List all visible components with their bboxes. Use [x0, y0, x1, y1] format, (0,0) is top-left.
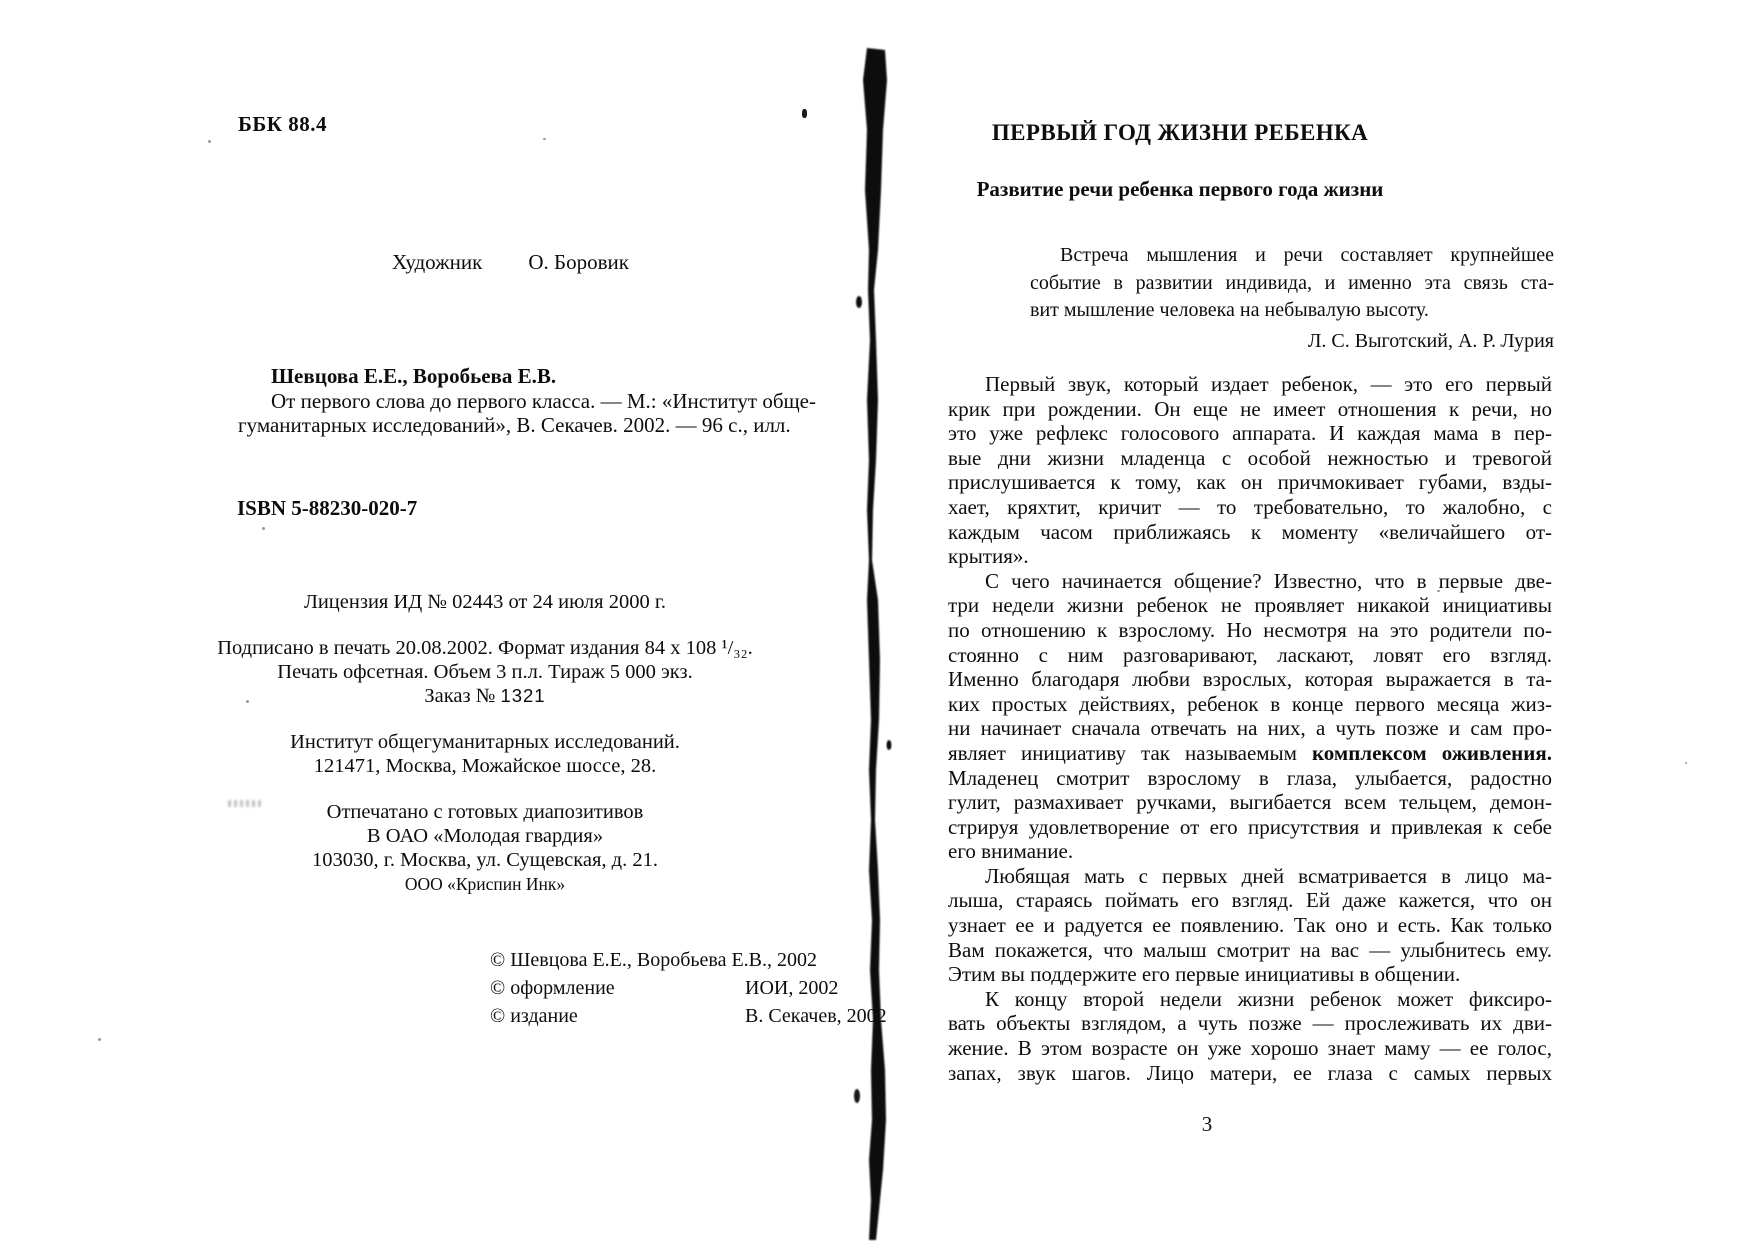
- text-line: Встреча мышления и речи составляет крупн…: [1030, 242, 1554, 270]
- order-line: Заказ № 1321: [190, 684, 780, 708]
- text-line: хает, кряхтит, кричит — то требовательно…: [948, 495, 1552, 520]
- text-line: ни начинает сначала отвечать на них, а ч…: [948, 716, 1552, 741]
- biblio-line: гуманитарных исследований», В. Секачев. …: [238, 413, 813, 438]
- text-line: прислушивается к тому, как он причмокива…: [948, 470, 1552, 495]
- pencil-mark: [228, 800, 262, 807]
- text-line: запах, звук шагов. Лицо матери, ее глаза…: [948, 1061, 1552, 1086]
- print-info-line: Подписано в печать 20.08.2002. Формат из…: [190, 636, 780, 660]
- copyright-value: ИОИ, 2002: [745, 977, 838, 999]
- scan-dot: [262, 527, 265, 530]
- authors-line: Шевцова Е.Е., Воробьева Е.В.: [238, 364, 813, 389]
- scan-dot: [208, 140, 211, 143]
- body-text: Первый звук, который издает ребенок, — э…: [948, 372, 1552, 1085]
- scan-dot: [543, 138, 546, 140]
- text-line: стрируя удовлетворение от его присутстви…: [948, 815, 1552, 840]
- paragraph: Первый звук, который издает ребенок, — э…: [948, 372, 1552, 569]
- order-label: Заказ №: [424, 685, 495, 707]
- paragraph: К концу второй недели жизни ребенок може…: [948, 987, 1552, 1085]
- text-line: крытия».: [948, 544, 1552, 569]
- text-line: гулит, размахивает ручками, выгибается в…: [948, 790, 1552, 815]
- scan-dot: [98, 1038, 101, 1041]
- publisher-address: 121471, Москва, Можайское шоссе, 28.: [190, 754, 780, 778]
- text-line: Именно благодаря любви взрослых, которая…: [948, 667, 1552, 692]
- text-line: узнает ее и радуется ее появлению. Так о…: [948, 913, 1552, 938]
- artist-line: ХудожникО. Боровик: [392, 250, 629, 275]
- artist-name: О. Боровик: [528, 250, 629, 274]
- biblio-line: От первого слова до первого класса. — М.…: [238, 389, 813, 414]
- text-line: К концу второй недели жизни ребенок може…: [948, 987, 1552, 1012]
- copyright-label: © издание: [490, 1002, 745, 1030]
- bbk-code: ББК 88.4: [238, 112, 327, 137]
- text-line: Этим вы поддержите его первые инициативы…: [948, 962, 1552, 987]
- scan-speck: [802, 109, 807, 118]
- text-line: Первый звук, который издает ребенок, — э…: [948, 372, 1552, 397]
- text-line: Младенец смотрит взрослому в глаза, улыб…: [948, 766, 1552, 791]
- epigraph-text: Встреча мышления и речи составляет крупн…: [1030, 242, 1554, 325]
- copyright-label: © оформление: [490, 974, 745, 1002]
- paragraph: Любящая мать с первых дней всматривается…: [948, 864, 1552, 987]
- text-line: событие в развитии индивида, и именно эт…: [1030, 270, 1554, 298]
- text-line: крик при рождении. Он еще не имеет отнош…: [948, 397, 1552, 422]
- copyright-block: © Шевцова Е.Е., Воробьева Е.В., 2002 © о…: [490, 946, 887, 1030]
- text-line: три недели жизни ребенок не проявляет ни…: [948, 593, 1552, 618]
- print-info-line: Печать офсетная. Объем 3 п.л. Тираж 5 00…: [190, 660, 780, 684]
- text-line: вые дни жизни младенца с особой нежность…: [948, 446, 1552, 471]
- spacer: [190, 614, 780, 636]
- chapter-subtitle: Развитие речи ребенка первого года жизни: [818, 177, 1542, 202]
- text-line: по отношению к взрослому. Но несмотря на…: [948, 618, 1552, 643]
- binding-shadow: [845, 40, 905, 1241]
- chapter-header: ПЕРВЫЙ ГОД ЖИЗНИ РЕБЕНКА Развитие речи р…: [818, 120, 1542, 202]
- publisher-line: Институт общегуманитарных исследований.: [190, 730, 780, 754]
- book-scan-spread: { "left_page": { "bbk": "ББК 88.4", "art…: [0, 0, 1754, 1241]
- copyright-line: © оформлениеИОИ, 2002: [490, 974, 887, 1002]
- scan-dot: [1685, 762, 1687, 764]
- license-line: Лицензия ИД № 02443 от 24 июля 2000 г.: [190, 590, 780, 614]
- text-line: ких простых действиях, ребенок в конце п…: [948, 692, 1552, 717]
- epigraph: Встреча мышления и речи составляет крупн…: [1030, 242, 1554, 355]
- printed-at-address: 103030, г. Москва, ул. Сущевская, д. 21.: [190, 848, 780, 872]
- page-number: 3: [905, 1112, 1509, 1137]
- text-line: Любящая мать с первых дней всматривается…: [948, 864, 1552, 889]
- copyright-label: © Шевцова Е.Е., Воробьева Е.В., 2002: [490, 946, 817, 974]
- imprint-block: Лицензия ИД № 02443 от 24 июля 2000 г. П…: [190, 590, 780, 896]
- scan-dot: [1500, 344, 1503, 347]
- printed-at-line: Отпечатано с готовых диапозитивов: [190, 800, 780, 824]
- epigraph-attribution: Л. С. Выготский, А. Р. Лурия: [1030, 328, 1554, 356]
- text-line: это уже рефлекс голосового аппарата. И к…: [948, 421, 1552, 446]
- printer-company: ООО «Криспин Инк»: [190, 872, 780, 896]
- text-line: вит мышление человека на небывалую высот…: [1030, 297, 1554, 325]
- copyright-line: © изданиеВ. Секачев, 2002: [490, 1002, 887, 1030]
- order-number: 1321: [500, 685, 545, 706]
- isbn-line: ISBN 5-88230-020-7: [237, 496, 417, 521]
- text-line: каждым часом приближаясь к моменту «вели…: [948, 520, 1552, 545]
- artist-label: Художник: [392, 250, 482, 274]
- text-line: стоянно с ним разговаривают, ласкают, ло…: [948, 643, 1552, 668]
- bibliographic-entry: Шевцова Е.Е., Воробьева Е.В. От первого …: [238, 364, 813, 438]
- text-line: вать объекты взглядом, а чуть позже — пр…: [948, 1011, 1552, 1036]
- text-line: жение. В этом возрасте он уже хорошо зна…: [948, 1036, 1552, 1061]
- text-line: являет инициативу так называемым комплек…: [948, 741, 1552, 766]
- text-line: С чего начинается общение? Известно, что…: [948, 569, 1552, 594]
- text-line: Вам покажется, что малыш смотрит на вас …: [948, 938, 1552, 963]
- copyright-line: © Шевцова Е.Е., Воробьева Е.В., 2002: [490, 946, 887, 974]
- text-line: лыша, стараясь поймать его взгляд. Ей да…: [948, 888, 1552, 913]
- printed-at-line: В ОАО «Молодая гвардия»: [190, 824, 780, 848]
- text-line: его внимание.: [948, 839, 1552, 864]
- spacer: [190, 778, 780, 800]
- scan-dot: [1437, 590, 1440, 592]
- chapter-title: ПЕРВЫЙ ГОД ЖИЗНИ РЕБЕНКА: [818, 120, 1542, 146]
- scan-dot: [246, 700, 249, 703]
- paragraph: С чего начинается общение? Известно, что…: [948, 569, 1552, 864]
- spacer: [190, 708, 780, 730]
